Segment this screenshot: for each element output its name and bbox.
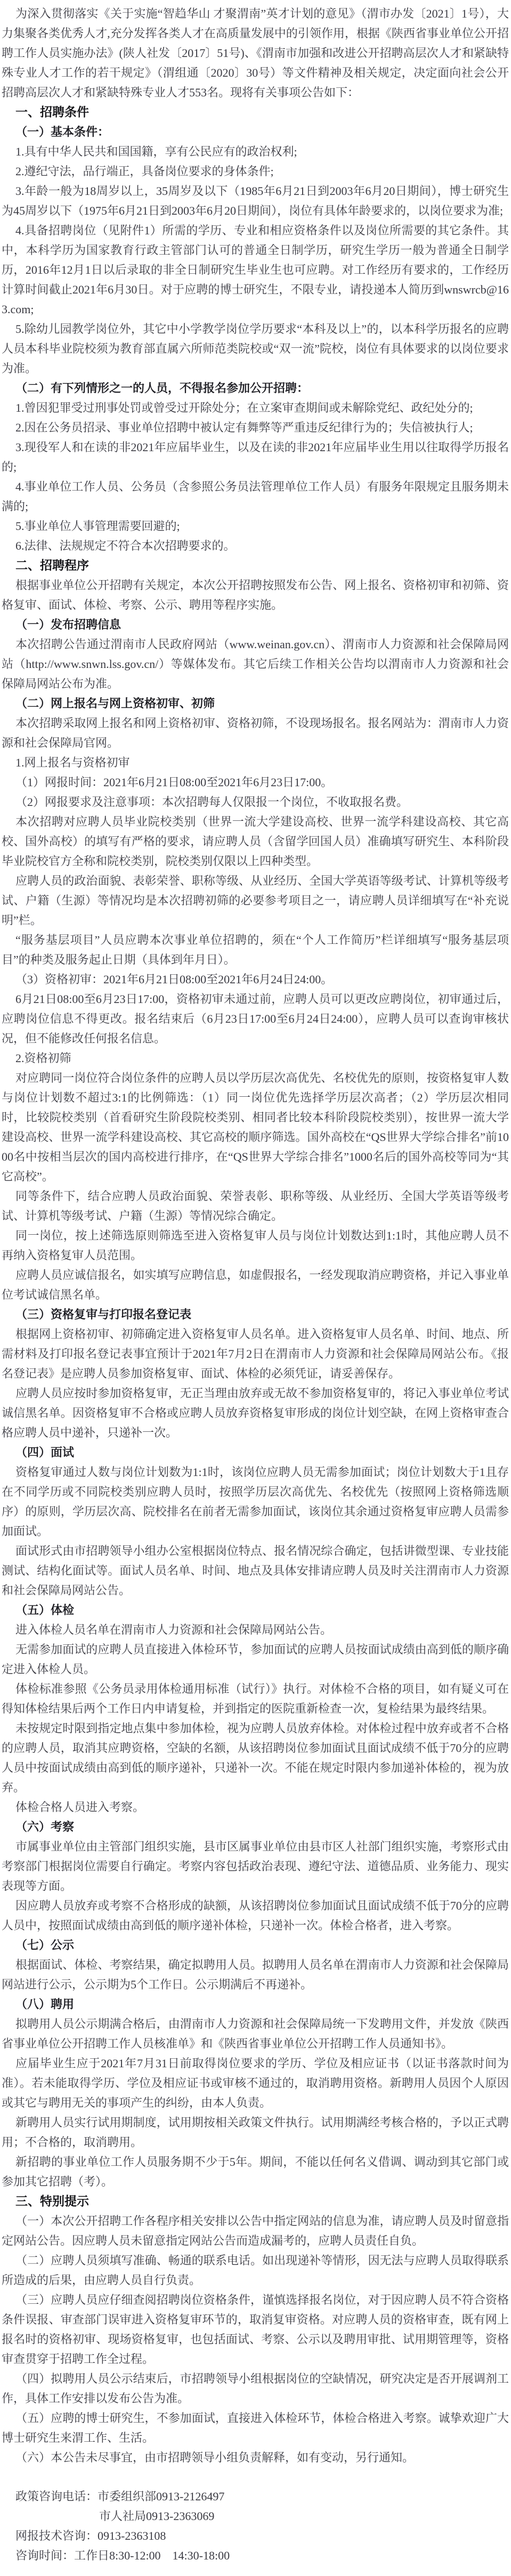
section-heading: 二、招聘程序: [2, 556, 509, 575]
paragraph: （三）应聘人员应仔细查阅招聘岗位资格条件，谨慎选择报名岗位，对于因应聘人员不符合…: [2, 2290, 509, 2369]
contact-line: 市人社局0913-2363069: [2, 2506, 509, 2526]
paragraph: 4.事业单位工作人员、公务员（含参照公务员法管理单位工作人员）有服务年限规定且服…: [2, 477, 509, 516]
spacer: [2, 2467, 509, 2487]
paragraph: 根据网上资格初审、初筛确定进入资格复审人员名单。进入资格复审人员名单、时间、地点…: [2, 1324, 509, 1383]
paragraph: （六）本公告未尽事宜，由市招聘领导小组负责解释，如有变动，另行通知。: [2, 2448, 509, 2467]
paragraph: 对应聘同一岗位符合岗位条件的应聘人员以学历层次高优先、名校优先的原则，按资格复审…: [2, 1068, 509, 1186]
paragraph: （2）网报要求及注意事项：本次招聘每人仅限报一个岗位，不收取报名费。: [2, 792, 509, 812]
paragraph: 1.网上报名与资格初审: [2, 753, 509, 772]
paragraph: 6月21日08:00至6月23日17:00，资格初审未通过前，应聘人员可以更改应…: [2, 989, 509, 1048]
paragraph: （一）本次公开招聘工作各程序相关安排以公告中指定网站的信息为准，请应聘人员及时留…: [2, 2211, 509, 2251]
subsection-heading: （二）有下列情形之一的人员，不得报名参加公开招聘：: [2, 378, 509, 398]
paragraph: 为深入贯彻落实《关于实施“智趋华山 才聚渭南”英才计划的意见》（渭市办发〔202…: [2, 4, 509, 102]
paragraph: 3.现役军人和在读的非2021年应届毕业生，以及在读的非2021年应届毕业生用以…: [2, 437, 509, 477]
paragraph: 未按规定时限到指定地点集中参加体检，视为应聘人员放弃体检。对体检过程中放弃或者不…: [2, 1718, 509, 1797]
paragraph: 本次招聘对应聘人员毕业院校类别（世界一流大学建设高校、世界一流学科建设高校、其它…: [2, 812, 509, 871]
paragraph: 体检标准参照《公务员录用体检通用标准（试行）》执行。对体检不合格的项目，如有疑义…: [2, 1679, 509, 1718]
paragraph: 进入体检人员名单在渭南市人力资源和社会保障局网站公告。: [2, 1620, 509, 1640]
paragraph: 1.具有中华人民共和国国籍，享有公民应有的政治权利;: [2, 142, 509, 161]
paragraph: 新聘用人员实行试用期制度，试用期按相关政策文件执行。试用期满经考核合格的，予以正…: [2, 2113, 509, 2152]
paragraph: 2.遵纪守法，品行端正，具备岗位要求的身体条件;: [2, 161, 509, 181]
subsection-heading: （五）体检: [2, 1600, 509, 1620]
paragraph: （3）资格初审：2021年6月21日08:00至2021年6月24日24:00。: [2, 969, 509, 989]
paragraph: 拟聘用人员公示期满合格后，由渭南市人力资源和社会保障局统一下发聘用文件，并发放《…: [2, 2014, 509, 2053]
subsection-heading: （一）发布招聘信息: [2, 615, 509, 634]
paragraph: 根据事业单位公开招聘有关规定，本次公开招聘按照发布公告、网上报名、资格初审和初筛…: [2, 575, 509, 615]
paragraph: 应届毕业生应于2021年7月31日前取得岗位要求的学历、学位及相应证书（以证书落…: [2, 2053, 509, 2113]
paragraph: 应聘人员应按时参加资格复审，无正当理由放弃或无故不参加资格复审的，将记入事业单位…: [2, 1383, 509, 1442]
contact-line: 网报技术咨询：0913-2363108: [2, 2526, 509, 2546]
paragraph: 无需参加面试的应聘人员直接进入体检环节，参加面试的应聘人员按面试成绩由高到低的顺…: [2, 1640, 509, 1679]
section-heading: 三、特别提示: [2, 2191, 509, 2211]
paragraph: 4.具备招聘岗位（见附件1）所需的学历、专业和相应资格条件以及岗位所需要的其它条…: [2, 221, 509, 319]
contact-line: 咨询时间：工作日8:30-12:00 14:30-18:00: [2, 2546, 509, 2565]
paragraph: 5.事业单位人事管理需要回避的;: [2, 516, 509, 536]
paragraph: 2.资格初筛: [2, 1048, 509, 1068]
paragraph: 3.年龄一般为18周岁以上，35周岁及以下（1985年6月21日到2003年6月…: [2, 181, 509, 221]
paragraph: 5.除幼儿园教学岗位外，其它中小学教学岗位学历要求“本科及以上”的，以本科学历报…: [2, 319, 509, 378]
paragraph: 新招聘的事业单位工作人员服务期不少于5年。期间，不能以任何名义借调、调动到其它部…: [2, 2152, 509, 2191]
subsection-heading: （六）考察: [2, 1817, 509, 1837]
subsection-heading: （七）公示: [2, 1935, 509, 1955]
paragraph: 因应聘人员放弃或考察不合格形成的缺额，从该招聘岗位参加面试且面试成绩不低于70分…: [2, 1896, 509, 1935]
recruitment-announcement-document: 为深入贯彻落实《关于实施“智趋华山 才聚渭南”英才计划的意见》（渭市办发〔202…: [0, 0, 511, 2576]
paragraph: “服务基层项目”人员应聘本次事业单位招聘的，须在“个人工作简历”栏详细填写“服务…: [2, 930, 509, 969]
paragraph: 应聘人员应诚信报名，如实填写应聘信息，如虚假报名，一经发现取消应聘资格，并记入事…: [2, 1265, 509, 1305]
subsection-heading: （八）聘用: [2, 1994, 509, 2014]
paragraph: 体检合格人员进入考察。: [2, 1797, 509, 1817]
subsection-heading: （二）网上报名与网上资格初审、初筛: [2, 694, 509, 713]
paragraph: （五）应聘的博士研究生，不参加面试，直接进入体检环节，体检合格进入考察。诚挚欢迎…: [2, 2408, 509, 2448]
paragraph: 根据面试、体检、考察结果，确定拟聘用人员。拟聘用人员名单在渭南市人力资源和社会保…: [2, 1955, 509, 1994]
contact-line: 政策咨询电话：市委组织部0913-2126497: [2, 2487, 509, 2506]
paragraph: 面试形式由市招聘领导小组办公室根据岗位特点、报名情况综合确定，包括讲微型课、专业…: [2, 1541, 509, 1600]
subsection-heading: （四）面试: [2, 1442, 509, 1462]
paragraph: 市属事业单位由主管部门组织实施，县市区属事业单位由县市区人社部门组织实施，考察形…: [2, 1837, 509, 1896]
paragraph: 应聘人员的政治面貌、表彰荣誉、职称等级、从业经历、全国大学英语等级考试、计算机等…: [2, 871, 509, 930]
paragraph: 1.曾因犯罪受过刑事处罚或曾受过开除处分；在立案审查期间或未解除党纪、政纪处分的…: [2, 398, 509, 418]
paragraph: 2.因在公务员招录、事业单位招聘中被认定有舞弊等严重违反纪律行为的；失信被执行人…: [2, 418, 509, 437]
subsection-heading: （三）资格复审与打印报名登记表: [2, 1305, 509, 1324]
paragraph: 6.法律、法规规定不符合本次招聘要求的。: [2, 536, 509, 556]
section-heading: 一、招聘条件: [2, 102, 509, 122]
paragraph: 同一岗位，按上述筛选原则筛选至进入资格复审人员与岗位计划数达到1:1时，其他应聘…: [2, 1226, 509, 1265]
paragraph: 本次招聘公告通过渭南市人民政府网站（www.weinan.gov.cn）、渭南市…: [2, 634, 509, 694]
paragraph: 资格复审通过人数与岗位计划数为1:1时，该岗位应聘人员无需参加面试；岗位计划数大…: [2, 1462, 509, 1541]
paragraph: （二）应聘人员须填写准确、畅通的联系电话。如出现递补等情形，因无法与应聘人员取得…: [2, 2251, 509, 2290]
paragraph: （1）网报时间：2021年6月21日08:00至2021年6月23日17:00。: [2, 772, 509, 792]
paragraph: 本次招聘采取网上报名和网上资格初审、资格初筛，不设现场报名。报名网站为：渭南市人…: [2, 713, 509, 753]
paragraph: 同等条件下，结合应聘人员政治面貌、荣誉表彰、职称等级、从业经历、全国大学英语等级…: [2, 1186, 509, 1226]
subsection-heading: （一）基本条件：: [2, 122, 509, 142]
paragraph: （四）拟聘用人员公示结束后，市招聘领导小组根据岗位的空缺情况，研究决定是否开展调…: [2, 2369, 509, 2408]
